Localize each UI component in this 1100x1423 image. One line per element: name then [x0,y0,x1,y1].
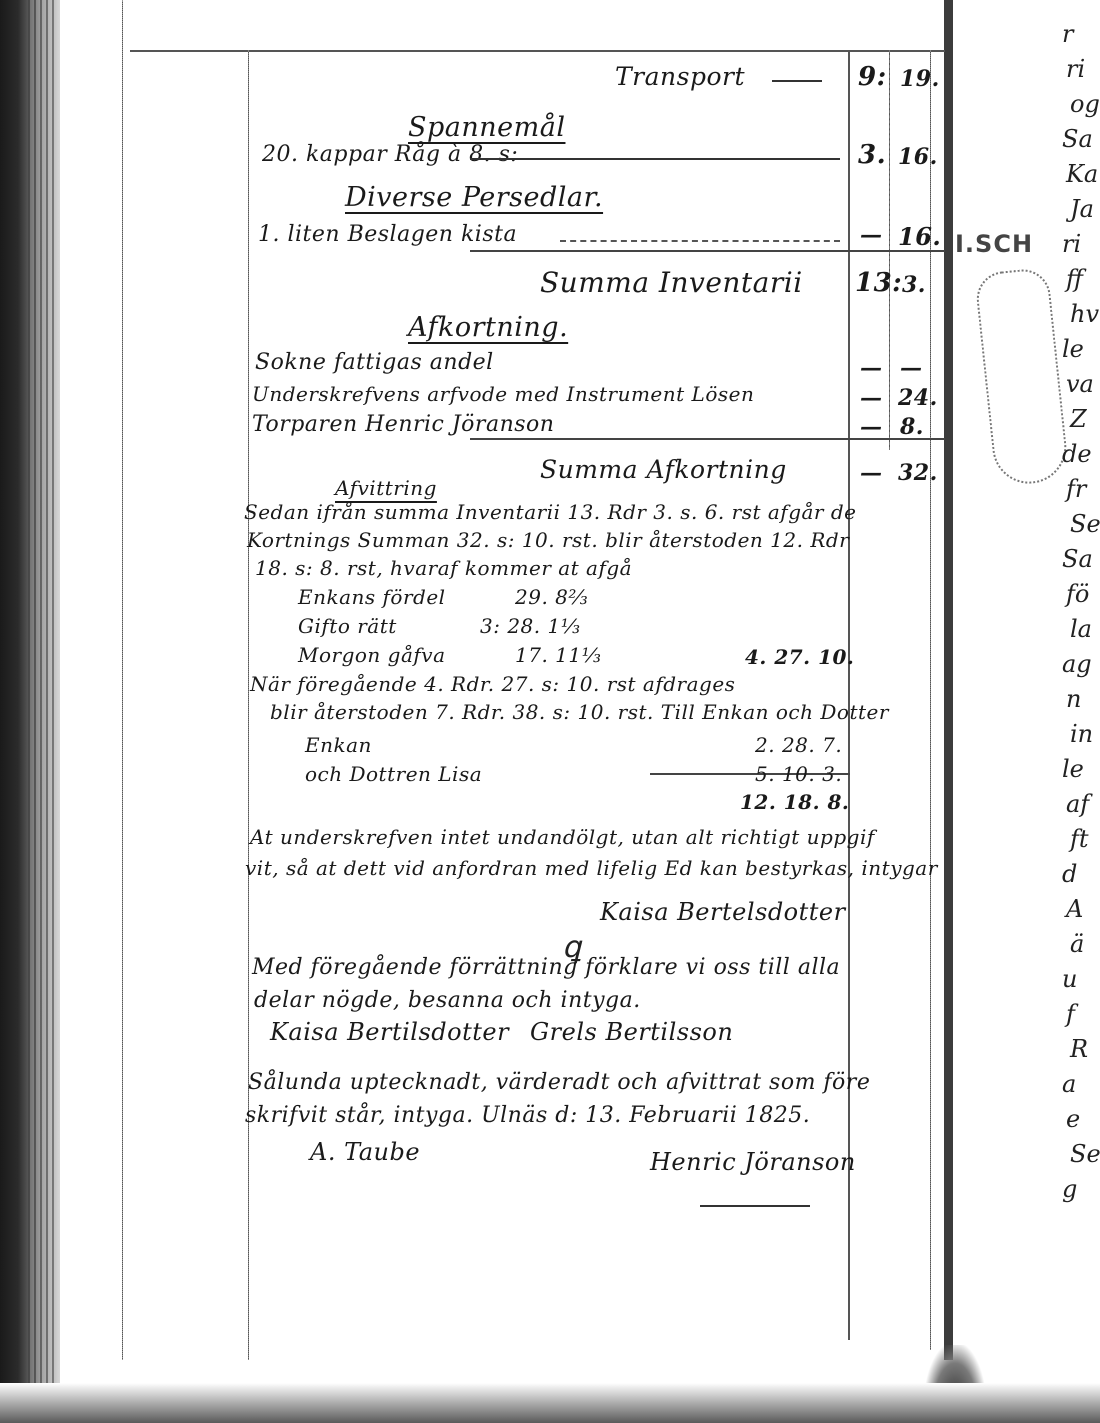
summa-afkortning-label: Summa Afkortning [540,455,787,484]
afvittring-line-3: 18. s: 8. rst, hvaraf kommer at afgå [255,556,632,580]
leader-line [470,158,840,160]
facing-page-fragment: ff [1066,265,1083,293]
item-kista: 1. liten Beslagen kista [258,222,517,247]
facing-page-fragment: a [1062,1070,1076,1098]
deduction-morgon-gafva: Morgon gåfva [298,643,446,667]
deduction-morgon-gafva-amount: 17. 11⅓ [515,643,602,667]
facing-page-fragment: Ja [1070,195,1094,223]
deduction-enkans-fordel: Enkans fördel [298,585,446,609]
riksdaler-column-rule [848,50,850,1340]
binding-texture [28,0,54,1423]
facing-page-fragment: ri [1066,55,1085,83]
transport-label: Transport [615,62,745,91]
afkortning-item-fattigas: Sokne fattigas andel [255,350,494,375]
item-kista-riksdaler: — [860,222,883,248]
section-heading-afvittring: Afvittring [335,476,437,500]
facing-page-fragment: Sa [1062,125,1093,153]
section-heading-diverse: Diverse Persedlar. [345,182,603,213]
afkortning-arfvode-skilling: 24. [898,385,938,411]
facing-page-fragment: Se [1070,1140,1100,1168]
declaration-1-line-2: vit, så at dett vid anfordran med lifeli… [245,856,938,880]
facing-page-fragment: fr [1066,475,1086,503]
remainder-line-2: blir återstoden 7. Rdr. 38. s: 10. rst. … [270,700,889,724]
facing-page-fragment: Z [1070,405,1087,433]
deduction-gifto-ratt-amount: 3: 28. 1⅓ [480,614,581,638]
facing-page-fragment: f [1066,1000,1075,1028]
summa-inventarii-riksdaler: 13: [855,268,902,298]
facing-page-fragment: ä [1070,930,1084,958]
facing-page-fragment: e [1066,1105,1080,1133]
facing-page-fragment: r [1062,20,1073,48]
deduction-gifto-ratt: Gifto rätt [298,614,397,638]
facing-page-fragment: n [1066,685,1081,713]
item-kista-skilling: 16. [898,222,941,251]
transport-riksdaler: 9: [858,62,887,92]
afvittring-line-1: Sedan ifrån summa Inventarii 13. Rdr 3. … [244,500,856,524]
top-rule [130,50,945,52]
facing-page-fragment: u [1062,965,1077,993]
remainder-line-1: När föregående 4. Rdr. 27. s: 10. rst af… [250,672,735,696]
facing-page-fragment: d [1062,860,1077,888]
leader-line [560,240,840,242]
afvittring-line-2: Kortnings Summan 32. s: 10. rst. blir åt… [247,528,849,552]
facing-page-fragment: g [1062,1175,1077,1203]
transport-skilling: 19. [900,66,940,92]
outer-margin-rule [122,0,123,1360]
shares-total: 12. 18. 8. [740,790,849,814]
afkortning-arfvode-riksdaler: — [860,385,883,411]
facing-page-fragment: A [1066,895,1083,923]
closing-line-1: Sålunda uptecknadt, värderadt och afvitt… [248,1070,870,1095]
facing-page-fragment: va [1066,370,1094,398]
declaration-1-line-1: At underskrefven intet undandölgt, utan … [250,825,875,849]
share-dottren-lisa-amount: 5. 10. 3. [755,762,842,786]
subtotal-rule-inventarii [470,250,945,252]
facing-page-fragment: la [1070,615,1092,643]
leader-line [772,80,822,82]
item-rag-skilling: 16. [898,144,938,170]
facing-page-fragment: de [1062,440,1092,468]
facing-page-fragment: hv [1070,300,1099,328]
facing-page-fragment: og [1070,90,1100,118]
facing-page-fragment: in [1070,720,1093,748]
signature-kaisa-bertelsdotter: Kaisa Bertelsdotter [600,898,846,926]
declaration-2-line-1: Med föregående förrättning förklare vi o… [252,955,840,980]
stamp-outline [974,267,1070,488]
facing-page-fragment: R [1070,1035,1088,1063]
facing-page-fragment: fö [1066,580,1089,608]
afkortning-fattigas-riksdaler: — [860,355,883,381]
section-heading-spannemal: Spannemål [408,112,565,143]
summa-inventarii-skilling: 3. [902,272,926,298]
declaration-2-line-2: delar nögde, besanna och intyga. [254,988,641,1013]
afkortning-item-torparen: Torparen Henric Jöranson [252,412,554,437]
signature-kaisa-bertilsdotter: Kaisa Bertilsdotter [270,1018,509,1046]
deductions-total: 4. 27. 10. [745,645,854,669]
facing-page-fragment: af [1066,790,1089,818]
facing-page-fragment: ag [1062,650,1092,678]
afkortning-torparen-riksdaler: — [860,414,883,440]
deduction-enkans-fordel-amount: 29. 8⅔ [515,585,588,609]
facing-page-fragment: Ka [1066,160,1098,188]
facing-page-fragment: le [1062,755,1084,783]
facing-page-fragment: Sa [1062,545,1093,573]
signature-a-taube: A. Taube [310,1138,420,1166]
signature-henric-joranson: Henric Jöranson [650,1148,856,1176]
facing-page-fragment: ri [1062,230,1081,258]
left-margin-rule [248,50,249,1360]
signature-flourish [700,1205,810,1207]
facing-page-fragment: ft [1070,825,1089,853]
archive-stamp: I.SCH [955,230,1033,258]
page-gutter [944,0,953,1360]
item-rag: 20. kappar Råg à 8. s: [262,142,518,167]
afkortning-fattigas-skilling: — [900,355,923,381]
share-enkan: Enkan [305,733,372,757]
page-bottom-edge [0,1383,1100,1423]
afkortning-item-arfvode: Underskrefvens arfvode med Instrument Lö… [252,382,754,406]
facing-page-fragment: le [1062,335,1084,363]
signature-grels-bertilsson: Grels Bertilsson [530,1018,733,1046]
summa-inventarii-label: Summa Inventarii [540,266,803,299]
facing-page-fragment: Se [1070,510,1100,538]
share-dottren-lisa: och Dottren Lisa [305,762,482,786]
summa-afkortning-skilling: 32. [898,460,938,486]
item-rag-riksdaler: 3. [858,140,886,170]
summa-afkortning-riksdaler: — [860,460,883,486]
section-heading-afkortning: Afkortning. [408,312,568,343]
closing-line-2: skrifvit står, intyga. Ulnäs d: 13. Febr… [245,1103,810,1128]
share-enkan-amount: 2. 28. 7. [755,733,842,757]
afkortning-torparen-skilling: 8. [900,414,924,440]
